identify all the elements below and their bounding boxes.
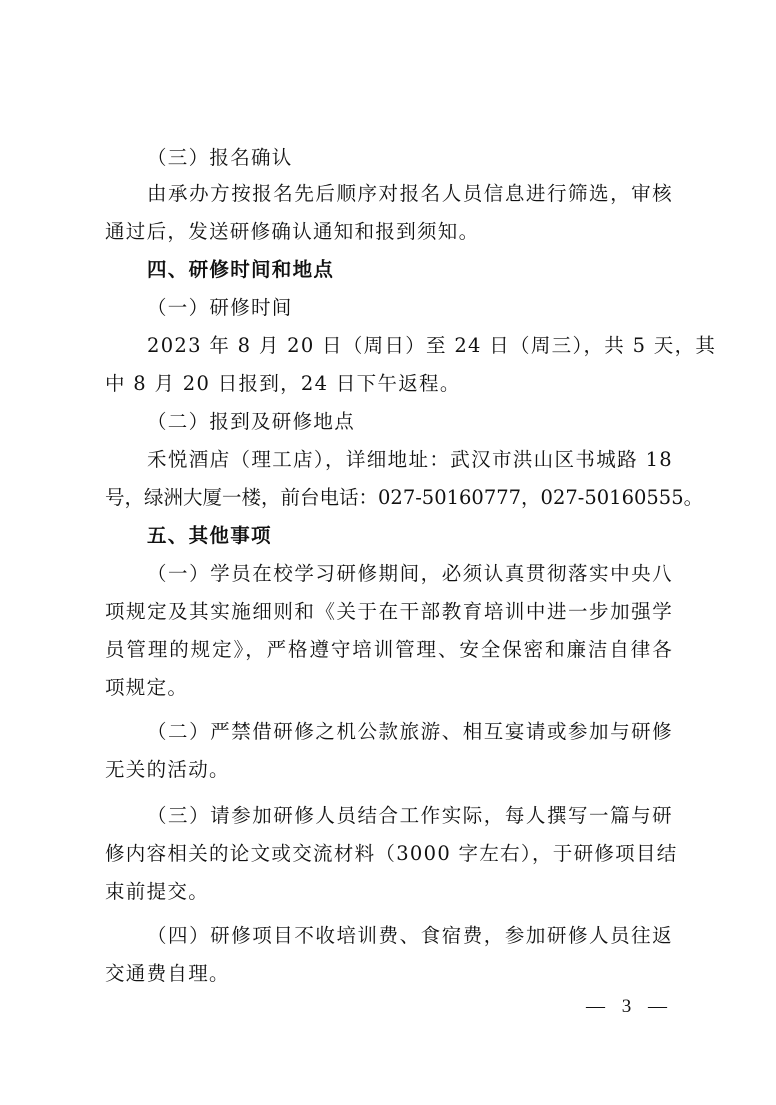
paragraph-line: 项规定。 <box>105 670 673 706</box>
subheading-study-time: （一）研修时间 <box>105 290 673 326</box>
paragraph-line: 无关的活动。 <box>105 752 673 788</box>
paragraph-line: 束前提交。 <box>105 874 673 910</box>
subheading-registration-confirmation: （三）报名确认 <box>105 140 673 176</box>
page-number: — 3 — <box>586 996 673 1018</box>
paragraph-line: 2023 年 8 月 20 日（周日）至 24 日（周三），共 5 天，其 <box>105 328 673 364</box>
paragraph-line: （二）严禁借研修之机公款旅游、相互宴请或参加与研修 <box>105 714 673 750</box>
paragraph-line: 修内容相关的论文或交流材料（3000 字左右），于研修项目结 <box>105 836 673 872</box>
paragraph-line: 由承办方按报名先后顺序对报名人员信息进行筛选，审核 <box>105 176 673 212</box>
paragraph-line: 禾悦酒店（理工店），详细地址：武汉市洪山区书城路 18 <box>105 442 673 478</box>
paragraph-line: 项规定及其实施细则和《关于在干部教育培训中进一步加强学 <box>105 594 673 630</box>
section-heading-time-location: 四、研修时间和地点 <box>105 252 673 288</box>
subheading-location: （二）报到及研修地点 <box>105 404 673 440</box>
paragraph-line: 通过后，发送研修确认通知和报到须知。 <box>105 214 673 250</box>
section-heading-other-matters: 五、其他事项 <box>105 518 673 554</box>
paragraph-line: 号，绿洲大厦一楼，前台电话：027-50160777，027-50160555。 <box>105 480 673 516</box>
paragraph-line: 中 8 月 20 日报到，24 日下午返程。 <box>105 366 673 402</box>
paragraph-line: （四）研修项目不收培训费、食宿费，参加研修人员往返 <box>105 918 673 954</box>
paragraph-line: （三）请参加研修人员结合工作实际，每人撰写一篇与研 <box>105 798 673 834</box>
paragraph-line: （一）学员在校学习研修期间，必须认真贯彻落实中央八 <box>105 556 673 592</box>
paragraph-line: 员管理的规定》，严格遵守培训管理、安全保密和廉洁自律各 <box>105 632 673 668</box>
paragraph-line: 交通费自理。 <box>105 956 673 992</box>
